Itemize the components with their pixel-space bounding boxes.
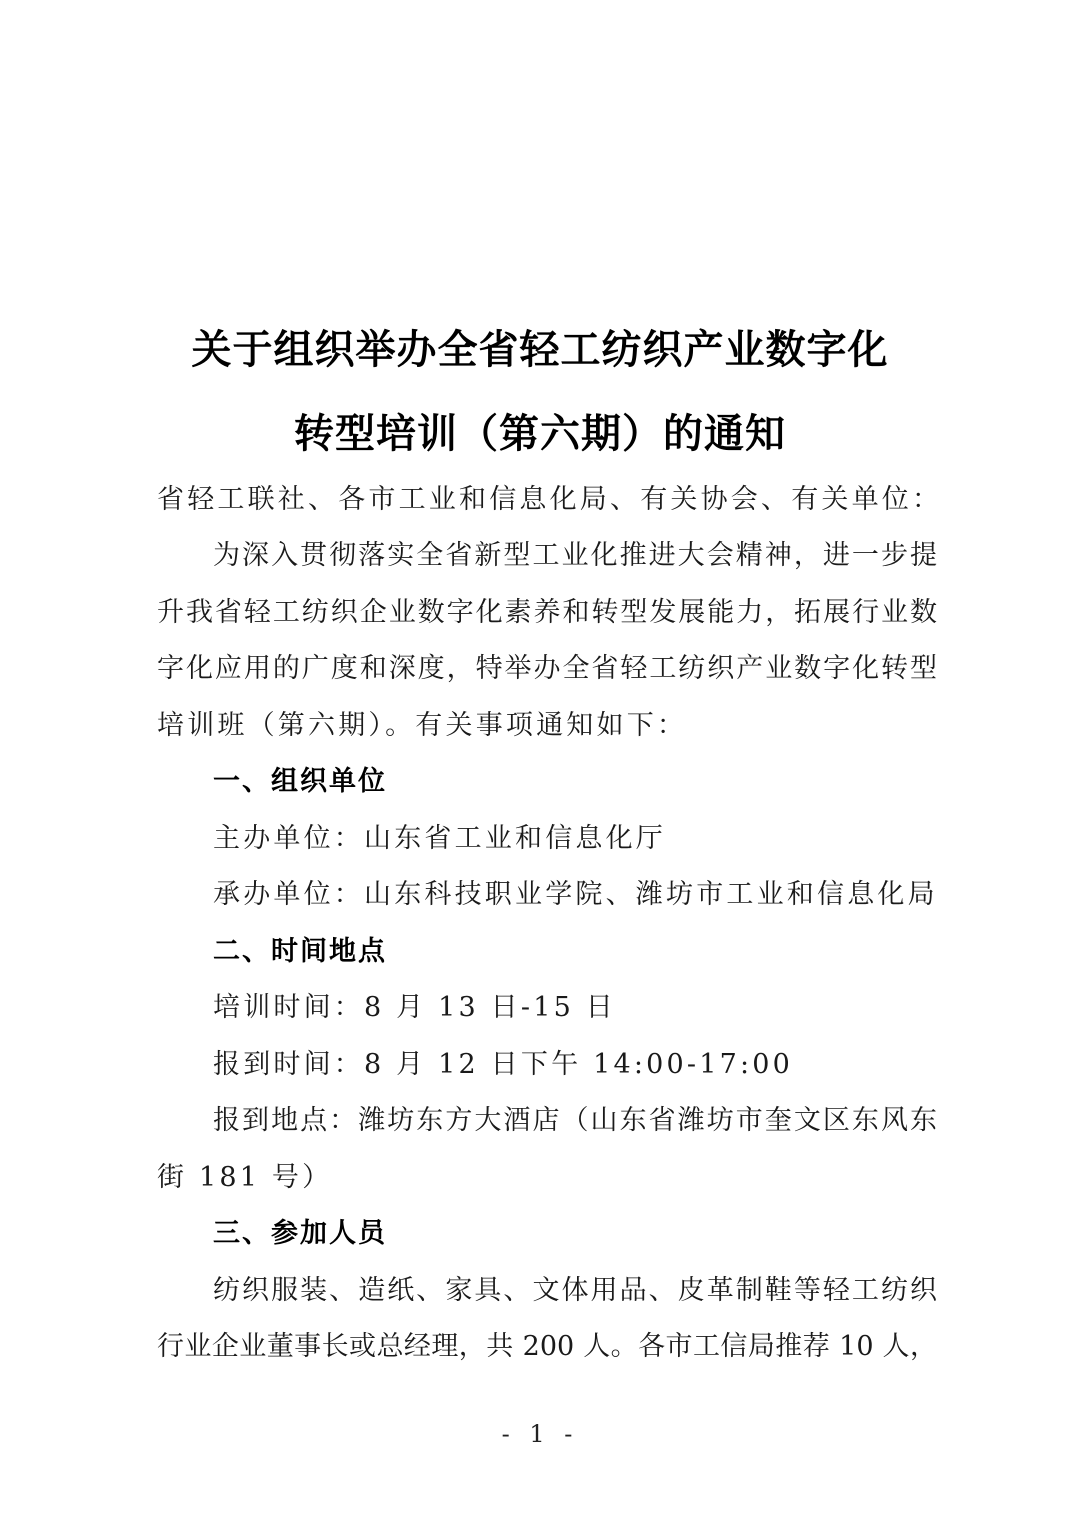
section-heading-time-place: 二、时间地点: [213, 934, 937, 970]
section-heading-organizers: 一、组织单位: [213, 764, 937, 800]
page-number: - 1 -: [0, 1420, 1080, 1448]
participants-line: 纺织服装、造纸、家具、文体用品、皮革制鞋等轻工纺织: [213, 1273, 937, 1309]
intro-paragraph-line: 为深入贯彻落实全省新型工业化推进大会精神，进一步提: [213, 538, 937, 574]
training-time: 培训时间：8 月 13 日-15 日: [213, 990, 937, 1026]
registration-time: 报到时间：8 月 12 日下午 14:00-17:00: [213, 1047, 937, 1083]
organizer-unit: 承办单位：山东科技职业学院、潍坊市工业和信息化局: [213, 877, 937, 913]
intro-paragraph-line: 升我省轻工纺织企业数字化素养和转型发展能力，拓展行业数: [157, 595, 937, 631]
intro-paragraph-line: 字化应用的广度和深度，特举办全省轻工纺织产业数字化转型: [157, 651, 937, 687]
registration-place-continued: 街 181 号）: [157, 1160, 937, 1196]
addressee: 省轻工联社、各市工业和信息化局、有关协会、有关单位：: [157, 482, 937, 518]
participants-line: 行业企业董事长或总经理，共 200 人。各市工信局推荐 10 人，: [157, 1329, 937, 1365]
document-title-line-1: 关于组织举办全省轻工纺织产业数字化: [0, 318, 1080, 375]
host-unit: 主办单位：山东省工业和信息化厅: [213, 821, 937, 857]
intro-paragraph-line: 培训班（第六期）。有关事项通知如下：: [157, 708, 937, 744]
document-title-line-2: 转型培训（第六期）的通知: [0, 402, 1080, 459]
section-heading-participants: 三、参加人员: [213, 1216, 937, 1252]
registration-place: 报到地点：潍坊东方大酒店（山东省潍坊市奎文区东风东: [213, 1103, 937, 1139]
